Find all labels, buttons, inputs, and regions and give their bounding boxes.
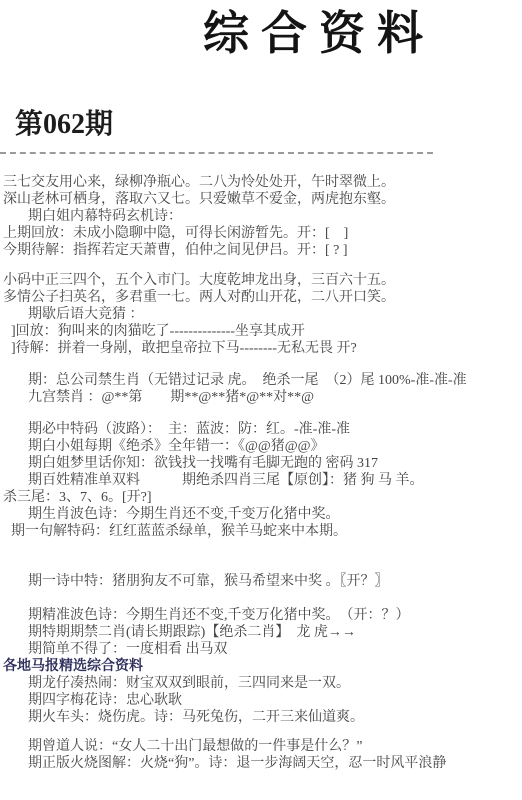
- company-banned-zodiac-line: 期：总公司禁生肖（无错过记录 虎。 绝杀一尾 （2）尾 100%-准-准-准: [28, 372, 522, 389]
- poem-line: 三七交友用心来，绿柳净瓶心。二八为怜处处开，午时翠微上。: [3, 174, 522, 191]
- poem-line: 小码中正三四个，五个入市门。大度乾坤龙出身，三百六十五。: [3, 272, 522, 289]
- juesha-line: 期白小姐每期《绝杀》全年错一：《@@猪@@》: [28, 438, 522, 455]
- must-win-wave-line: 期必中特码（波路）： 主：蓝波：防：红。-准-准-准: [28, 421, 522, 438]
- poem-line: 深山老林可栖身，落取六又七。只爱嫩草不爱金，两虎抱东壑。: [3, 191, 522, 208]
- issue-heading: 第062期: [15, 111, 522, 139]
- fire-burn-line: 期正版火烧图解：火烧“狗”。诗：退一步海阔天空，忍一时风平浪静: [28, 755, 522, 772]
- dream-hint-line: 期白姐梦里话你知：欲钱找一找嘴有毛脚无跑的 密码 317: [28, 455, 522, 472]
- xiehouyu-contest-heading: 期歇后语大竞猜 ：: [28, 306, 522, 323]
- zodiac-wave-poem-line: 期生肖波色诗：今期生肖还不变,千变万化猪中奖。: [28, 506, 522, 523]
- train-head-line: 期火车头：烧伤虎。诗：马死兔伤，二开三来仙道爽。: [28, 709, 522, 726]
- precise-wave-poem-line: 期精准波色诗：今期生肖还不变,千变万化猪中奖。 （开：？）: [28, 607, 522, 624]
- single-double-line: 期百姓精准单双料 期绝杀四肖三尾【原创】：猪 狗 马 羊。: [28, 472, 522, 489]
- page-title: 综合资料: [203, 8, 522, 61]
- banned-two-zodiac-line: 期特期期禁二肖(请长期跟踪)【绝杀二肖】 龙 虎→→: [28, 624, 522, 641]
- jiugong-banned-zodiac-line: 九宫禁肖 ：@**第 期**@**猪*@**对**@: [28, 389, 522, 406]
- content-body: 三七交友用心来，绿柳净瓶心。二八为怜处处开，午时翠微上。 深山老林可栖身，落取六…: [0, 174, 522, 772]
- plum-poem-line: 期四字梅花诗：忠心耿耿: [28, 692, 522, 709]
- kill-three-tails-line: 杀三尾：3、7、6。[开?]: [3, 489, 522, 506]
- info-sheet-page: 综合资料 第062期 三七交友用心来，绿柳净瓶心。二八为怜处处开，午时翠微上。 …: [0, 8, 522, 800]
- poem-line: 多情公子扫英名，多君重一七。两人对酌山开花，二八开口笑。: [3, 289, 522, 306]
- replay-riddle-line: ]回放：狗叫来的肉猫吃了--------------坐享其成开: [11, 323, 522, 340]
- baijie-mystery-poem-heading: 期白姐内幕特码玄机诗：: [28, 208, 522, 225]
- last-issue-replay-line: 上期回放：未成小隐聊中隐，可得长闲游暂先。开：[ ]: [3, 225, 522, 242]
- one-poem-special-line: 期一诗中特：猪朋狗友不可靠，猴马希望来中奖 。〖开？〗: [28, 573, 522, 590]
- one-sentence-special-line: 期一句解特码：红红蓝蓝杀绿单，猴羊马蛇来中本期。: [11, 523, 522, 540]
- zengdaoren-line: 期曾道人说：“女人二十出门最想做的一件事是什么？”: [28, 738, 522, 755]
- longzai-line: 期龙仔凑热闹：财宝双双到眼前，三四同来是一双。: [28, 675, 522, 692]
- regional-horse-report-heading: 各地马报精选综合资料: [3, 658, 522, 675]
- simple-line: 期简单不得了：一度相看 出马双: [28, 641, 522, 658]
- dashed-divider: [0, 152, 433, 154]
- pending-riddle-line: ]待解：拼着一身剐，敢把皇帝拉下马--------无私无畏 开?: [11, 340, 522, 357]
- current-issue-pending-line: 今期待解：指挥若定天萧曹，伯仲之间见伊吕。开：[ ? ]: [3, 242, 522, 259]
